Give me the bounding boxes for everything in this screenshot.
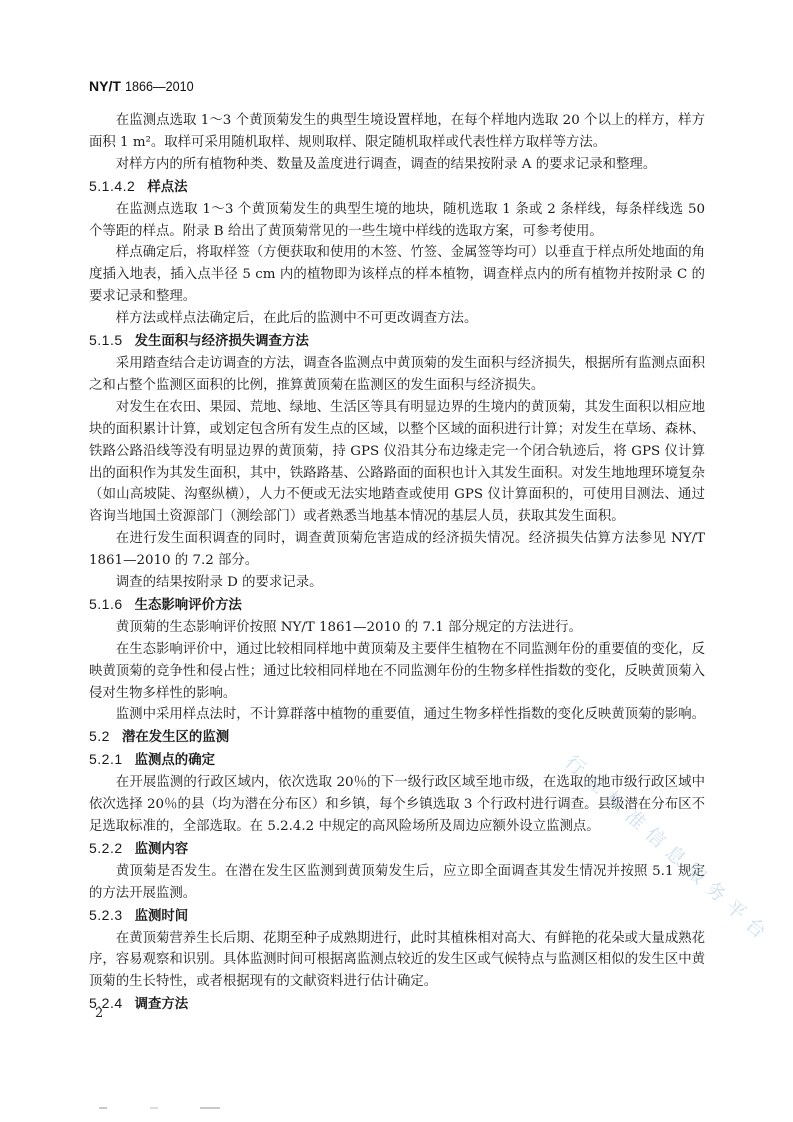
paragraph: 在生态影响评价中，通过比较相同样地中黄顶菊及主要伴生植物在不同监测年份的重要值的… xyxy=(89,639,705,705)
section-number: 5.1.4.2 xyxy=(89,176,135,198)
paragraph: 样点确定后，将取样签（方便获取和使用的木签、竹签、金属签等均可）以垂直于样点所处… xyxy=(89,242,705,308)
section-heading: 5.1.5发生面积与经济损失调查方法 xyxy=(89,330,705,353)
paragraph: 在监测点选取 1～3 个黄顶菊发生的典型生境的地块，随机选取 1 条或 2 条样… xyxy=(89,199,705,243)
section-title: 生态影响评价方法 xyxy=(135,595,242,617)
paragraph: 对发生在农田、果园、荒地、绿地、生活区等具有明显边界的生境内的黄顶菊，其发生面积… xyxy=(89,397,705,528)
standard-number: 1866—2010 xyxy=(125,78,194,94)
paragraph: 在监测点选取 1～3 个黄顶菊发生的典型生境设置样地，在每个样地内选取 20 个… xyxy=(89,110,705,154)
section-number: 5.2 xyxy=(89,726,110,748)
paragraph: 监测中采用样点法时，不计算群落中植物的重要值，通过生物多样性指数的变化反映黄顶菊… xyxy=(89,704,705,726)
section-number: 5.2.2 xyxy=(89,838,123,860)
paragraph: 在进行发生面积调查的同时，调查黄顶菊危害造成的经济损失情况。经济损失估算方法参见… xyxy=(89,528,705,572)
paragraph: 采用踏查结合走访调查的方法，调查各监测点中黄顶菊的发生面积与经济损失，根据所有监… xyxy=(89,353,705,397)
section-title: 调查方法 xyxy=(135,994,189,1016)
section-title: 监测内容 xyxy=(135,839,189,861)
section-title: 监测时间 xyxy=(135,906,189,928)
scan-mark xyxy=(99,1107,107,1109)
page-number: 2 xyxy=(95,1006,103,1021)
section-heading: 5.2.4调查方法 xyxy=(89,993,705,1016)
scan-mark xyxy=(200,1107,220,1109)
section-title: 样点法 xyxy=(147,177,187,199)
paragraph: 在开展监测的行政区域内，依次选取 20％的下一级行政区域至地市级，在选取的地市级… xyxy=(89,772,705,838)
section-title: 潜在发生区的监测 xyxy=(122,727,229,749)
footer-scan-marks xyxy=(0,1107,793,1111)
section-heading: 5.2.3监测时间 xyxy=(89,905,705,928)
paragraph: 在黄顶菊营养生长后期、花期至种子成熟期进行，此时其植株相对高大、有鲜艳的花朵或大… xyxy=(89,928,705,994)
paragraph: 黄顶菊是否发生。在潜在发生区监测到黄顶菊发生后，应立即全面调查其发生情况并按照 … xyxy=(89,861,705,905)
section-title: 发生面积与经济损失调查方法 xyxy=(135,331,309,353)
section-title: 监测点的确定 xyxy=(135,750,215,772)
paragraph: 调查的结果按附录 D 的要求记录。 xyxy=(89,572,705,594)
section-heading: 5.2.2监测内容 xyxy=(89,838,705,861)
section-number: 5.2.1 xyxy=(89,749,123,771)
section-heading: 5.2.1监测点的确定 xyxy=(89,749,705,772)
paragraph: 对样方内的所有植物种类、数量及盖度进行调查，调查的结果按附录 A 的要求记录和整… xyxy=(89,154,705,176)
section-heading: 5.1.6生态影响评价方法 xyxy=(89,594,705,617)
document-body: 在监测点选取 1～3 个黄顶菊发生的典型生境设置样地，在每个样地内选取 20 个… xyxy=(89,110,705,1016)
section-number: 5.1.5 xyxy=(89,330,123,352)
section-heading: 5.2潜在发生区的监测 xyxy=(89,726,705,749)
section-heading: 5.1.4.2样点法 xyxy=(89,176,705,199)
scan-mark xyxy=(150,1107,158,1109)
section-number: 5.1.6 xyxy=(89,594,123,616)
standard-header: NY/T 1866—2010 xyxy=(89,78,201,94)
section-number: 5.2.3 xyxy=(89,905,123,927)
paragraph: 黄顶菊的生态影响评价按照 NY/T 1861—2010 的 7.1 部分规定的方… xyxy=(89,617,705,639)
paragraph: 样方法或样点法确定后，在此后的监测中不可更改调查方法。 xyxy=(89,308,705,330)
standard-prefix: NY/T xyxy=(89,78,121,94)
